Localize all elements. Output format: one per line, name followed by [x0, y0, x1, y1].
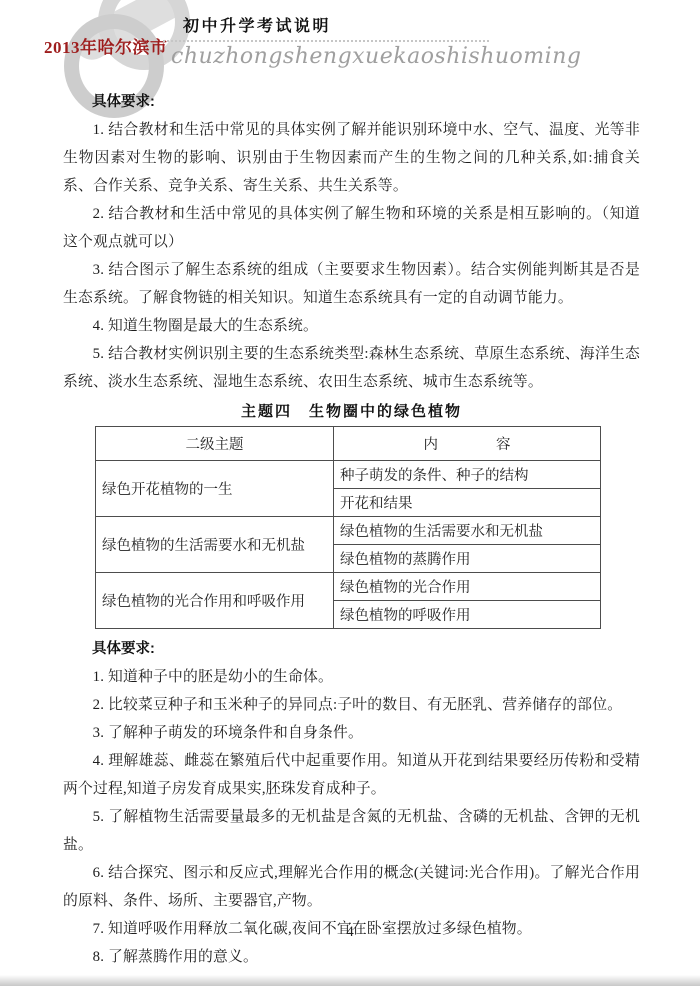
subtopic-cell: 绿色植物的生活需要水和无机盐: [96, 517, 334, 573]
content-cell: 绿色植物的光合作用: [334, 573, 601, 601]
content-cell: 绿色植物的蒸腾作用: [334, 545, 601, 573]
requirement-item: 2. 结合教材和生活中常见的具体实例了解生物和环境的关系是相互影响的。（知道这个…: [63, 200, 640, 256]
document-title: 初中升学考试说明: [183, 13, 331, 36]
subtopic-cell: 绿色植物的光合作用和呼吸作用: [96, 573, 334, 629]
requirement-item: 5. 了解植物生活需要量最多的无机盐是含氮的无机盐、含磷的无机盐、含钾的无机盐。: [63, 803, 640, 859]
page-number: 4: [0, 924, 700, 941]
content-cell: 开花和结果: [334, 489, 601, 517]
topic-content-table: 二级主题 内 容 绿色开花植物的一生 种子萌发的条件、种子的结构 开花和结果 绿…: [95, 426, 601, 629]
requirements-heading: 具体要求:: [63, 88, 640, 116]
requirement-item: 8. 了解蒸腾作用的意义。: [63, 943, 640, 971]
requirement-item: 2. 比较菜豆种子和玉米种子的异同点:子叶的数目、有无胚乳、营养储存的部位。: [63, 691, 640, 719]
content-cell: 绿色植物的生活需要水和无机盐: [334, 517, 601, 545]
requirement-item: 3. 了解种子萌发的环境条件和自身条件。: [63, 719, 640, 747]
subtopic-cell: 绿色开花植物的一生: [96, 461, 334, 517]
requirement-item: 1. 知道种子中的胚是幼小的生命体。: [63, 663, 640, 691]
table-row: 绿色植物的生活需要水和无机盐 绿色植物的生活需要水和无机盐: [96, 517, 601, 545]
page-content: 具体要求: 1. 结合教材和生活中常见的具体实例了解并能识别环境中水、空气、温度…: [63, 88, 640, 971]
title-pinyin: chuzhongshengxuekaoshishuoming: [171, 44, 581, 69]
topic-table-title: 主题四 生物圈中的绿色植物: [63, 400, 640, 421]
content-cell: 绿色植物的呼吸作用: [334, 601, 601, 629]
content-cell: 种子萌发的条件、种子的结构: [334, 461, 601, 489]
requirement-item: 6. 结合探究、图示和反应式,理解光合作用的概念(关键词:光合作用)。了解光合作…: [63, 859, 640, 915]
requirements-heading: 具体要求:: [63, 635, 640, 663]
table-header-row: 二级主题 内 容: [96, 427, 601, 461]
table-row: 绿色植物的光合作用和呼吸作用 绿色植物的光合作用: [96, 573, 601, 601]
requirement-item: 3. 结合图示了解生态系统的组成（主要要求生物因素）。结合实例能判断其是否是生态…: [63, 256, 640, 312]
column-header-subtopic: 二级主题: [96, 427, 334, 461]
requirement-item: 5. 结合教材实例识别主要的生态系统类型:森林生态系统、草原生态系统、海洋生态系…: [63, 340, 640, 396]
table-row: 绿色开花植物的一生 种子萌发的条件、种子的结构: [96, 461, 601, 489]
requirement-item: 4. 知道生物圈是最大的生态系统。: [63, 312, 640, 340]
header-dotted-divider: [163, 40, 489, 42]
page-bottom-shadow: [0, 975, 700, 986]
requirement-item: 1. 结合教材和生活中常见的具体实例了解并能识别环境中水、空气、温度、光等非生物…: [63, 116, 640, 200]
column-header-content: 内 容: [334, 427, 601, 461]
edition-year-city: 2013年哈尔滨市: [44, 33, 168, 58]
requirement-item: 4. 理解雄蕊、雌蕊在繁殖后代中起重要作用。知道从开花到结果要经历传粉和受精两个…: [63, 747, 640, 803]
document-page: 2013年哈尔滨市 初中升学考试说明 chuzhongshengxuekaosh…: [0, 0, 700, 986]
